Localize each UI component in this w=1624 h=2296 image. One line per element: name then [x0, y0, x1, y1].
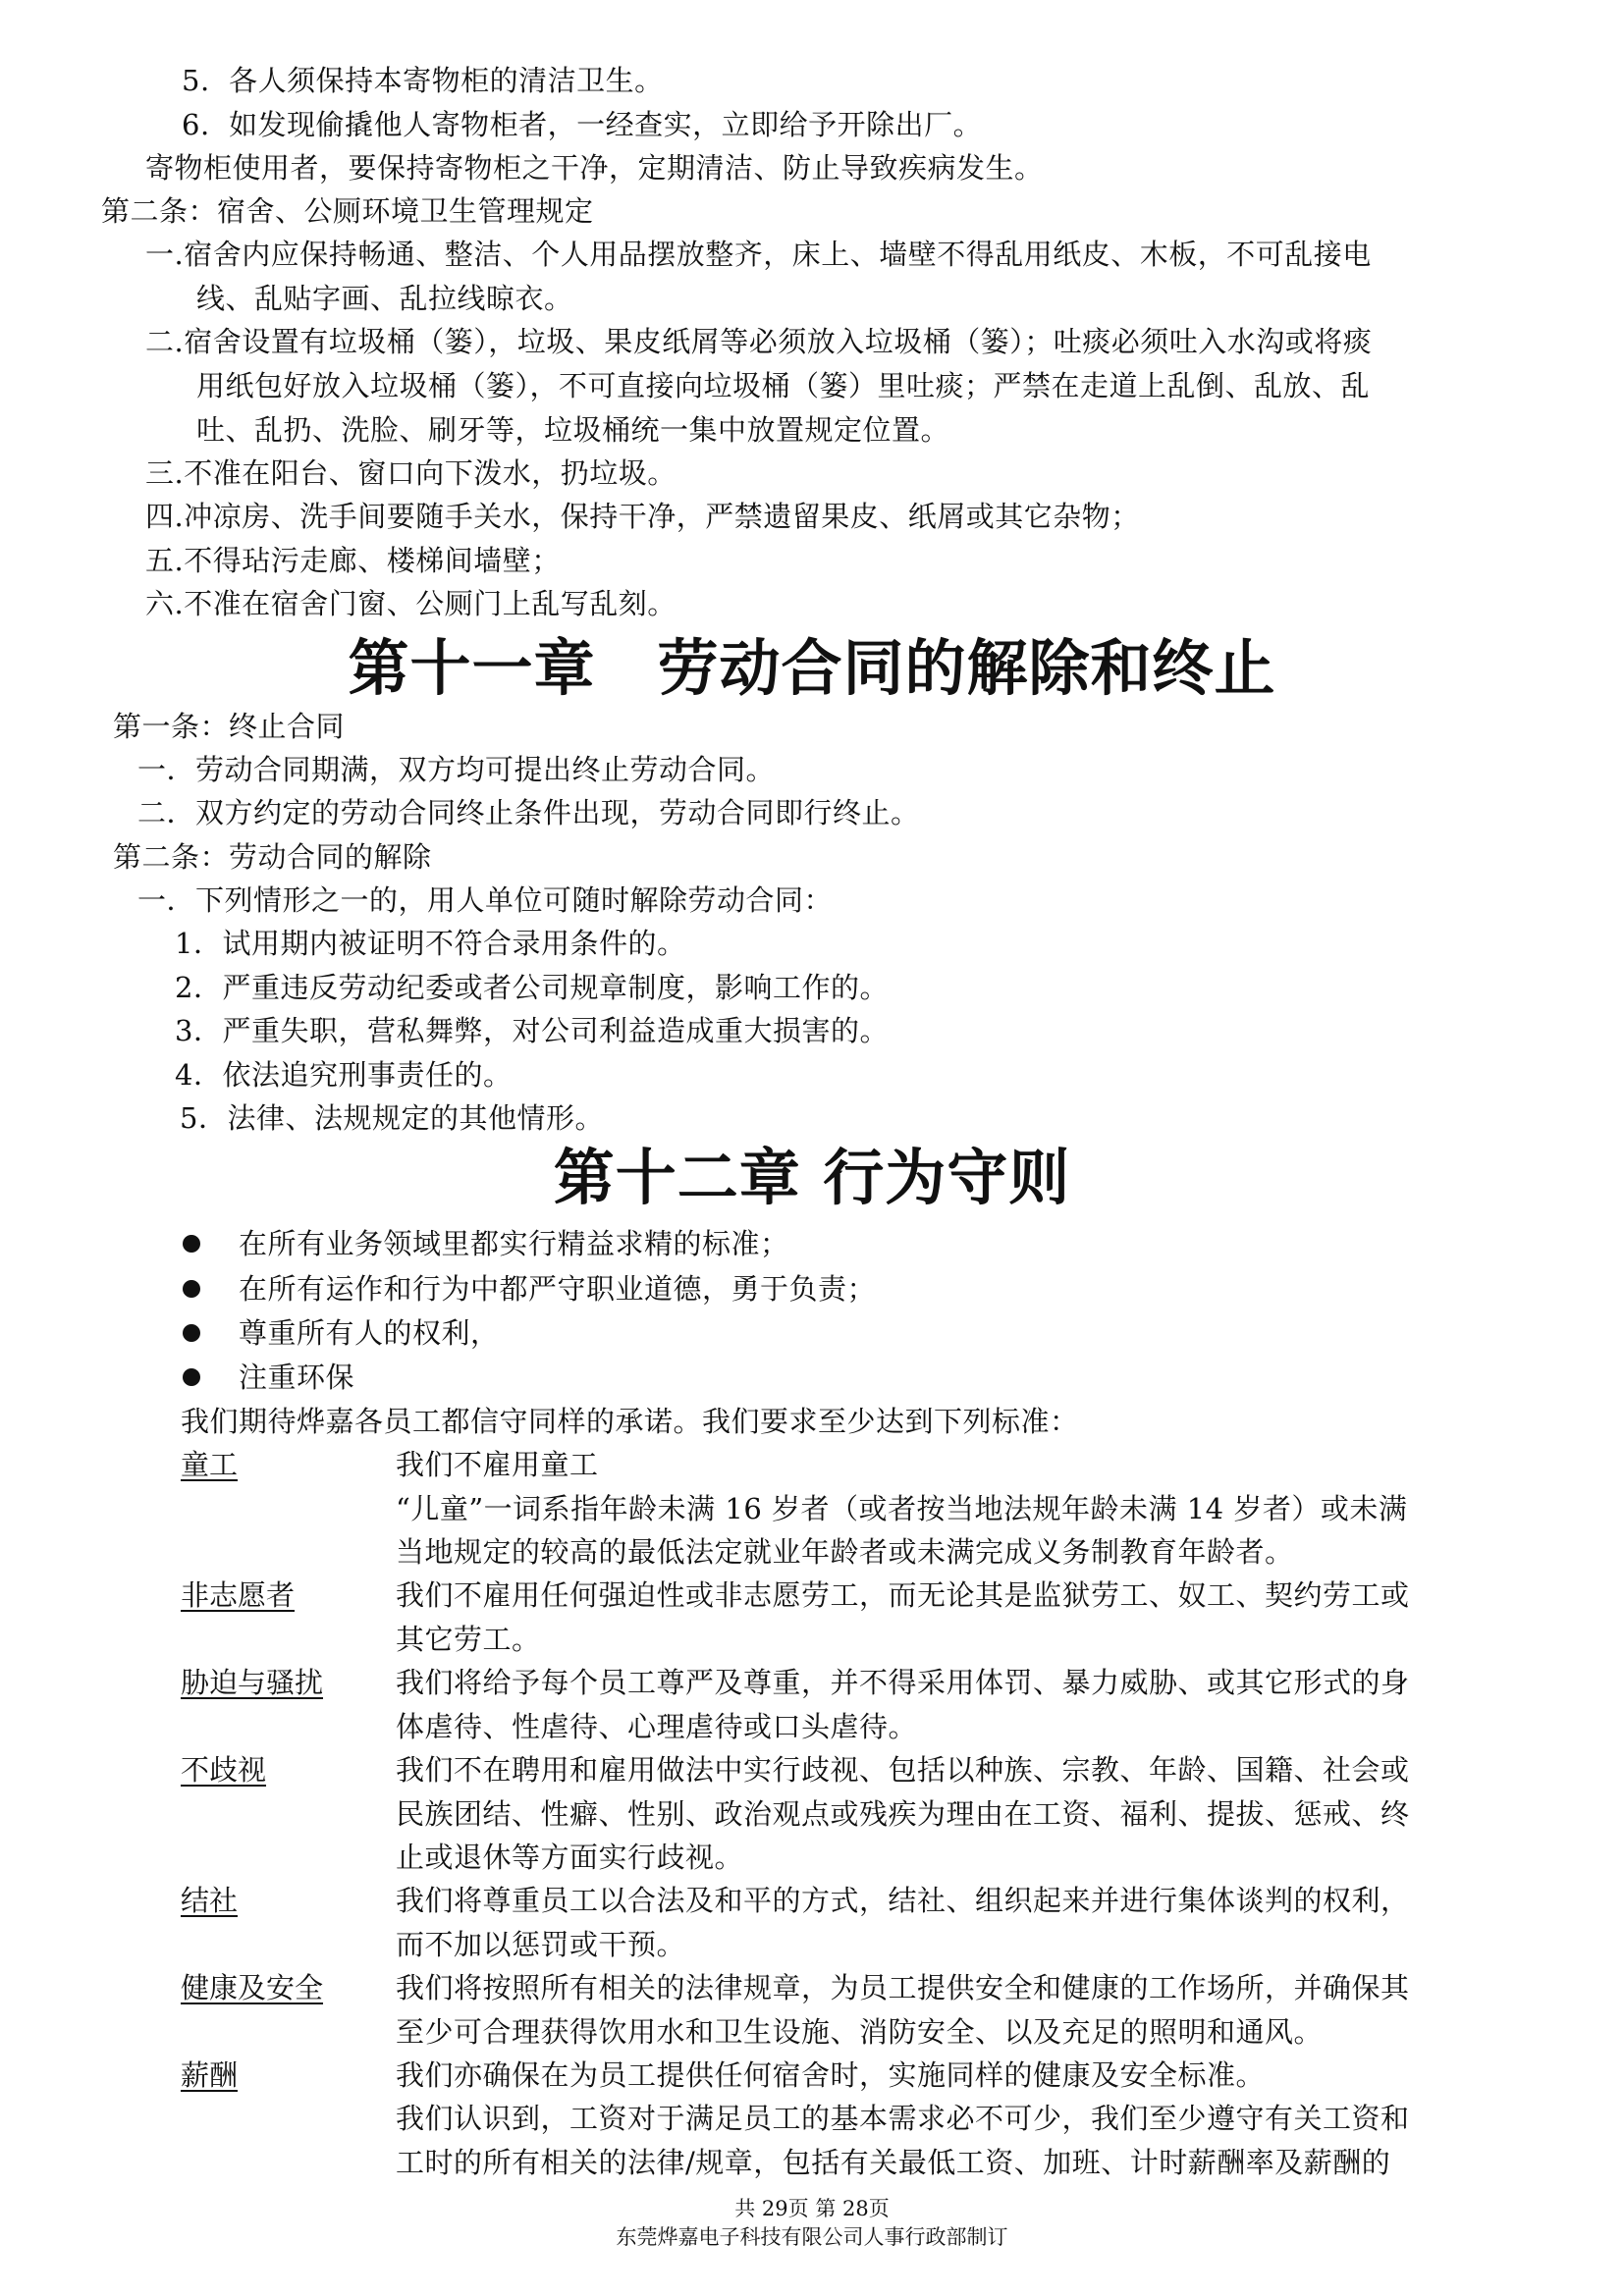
standard-text: 我们将给予每个员工尊严及尊重，并不得采用体罚、暴力威胁、或其它形式的身 [396, 1665, 1410, 1700]
item-number: 一. [145, 238, 184, 271]
list-item: 2．严重违反劳动纪委或者公司规章制度，影响工作的。 [175, 970, 889, 1005]
item-number: 4． [175, 1058, 222, 1092]
item-number: 一． [137, 883, 195, 917]
item-number: 二. [145, 325, 184, 358]
list-item: 一.宿舍内应保持畅通、整洁、个人用品摆放整齐，床上、墙壁不得乱用纸皮、木板，不可… [145, 237, 1372, 272]
bullet-item: 尊重所有人的权利， [239, 1315, 500, 1351]
standard-text: 工时的所有相关的法律/规章，包括有关最低工资、加班、计时薪酬率及薪酬的 [396, 2145, 1390, 2180]
list-item: 6. 如发现偷撬他人寄物柜者，一经查实，立即给予开除出厂。 [182, 107, 982, 142]
article-title: 第一条：终止合同 [113, 709, 345, 744]
chapter-heading: 第十一章 劳动合同的解除和终止 [0, 631, 1624, 706]
standard-term: 非志愿者 [181, 1577, 295, 1613]
item-number: 四. [145, 500, 184, 533]
bullet-icon [183, 1235, 200, 1253]
item-text: 不准在宿舍门窗、公厕门上乱写乱刻。 [184, 587, 677, 620]
item-number: 3． [175, 1014, 222, 1047]
bullet-item: 注重环保 [239, 1360, 354, 1395]
standard-term: 童工 [181, 1447, 238, 1482]
standard-term: 健康及安全 [181, 1970, 323, 2005]
standard-term: 胁迫与骚扰 [181, 1665, 323, 1700]
standard-text: 我们不在聘用和雇用做法中实行歧视、包括以种族、宗教、年龄、国籍、社会或 [396, 1752, 1410, 1788]
standard-text: 民族团结、性癖、性别、政治观点或残疾为理由在工资、福利、提拔、惩戒、终 [396, 1796, 1410, 1832]
standard-text: 我们将按照所有相关的法律规章，为员工提供安全和健康的工作场所，并确保其 [396, 1970, 1410, 2005]
standards-intro: 我们期待烨嘉各员工都信守同样的承诺。我们要求至少达到下列标准： [181, 1404, 1079, 1439]
item-number: 五. [145, 544, 184, 577]
chapter-heading: 第十二章 行为守则 [0, 1141, 1624, 1215]
bullet-icon [183, 1368, 200, 1386]
item-number: 三. [145, 456, 184, 490]
item-text: 如发现偷撬他人寄物柜者，一经查实，立即给予开除出厂。 [229, 108, 982, 141]
item-text: 宿舍内应保持畅通、整洁、个人用品摆放整齐，床上、墙壁不得乱用纸皮、木板，不可乱接… [184, 238, 1372, 271]
list-item: 3．严重失职，营私舞弊，对公司利益造成重大损害的。 [175, 1013, 889, 1048]
item-text: 双方约定的劳动合同终止条件出现，劳动合同即行终止。 [195, 796, 920, 829]
standard-text: 止或退休等方面实行歧视。 [396, 1840, 743, 1875]
item-text-continued: 用纸包好放入垃圾桶（篓），不可直接向垃圾桶（篓）里吐痰；严禁在走道上乱倒、乱放、… [196, 368, 1370, 403]
article-title: 第二条：宿舍、公厕环境卫生管理规定 [101, 193, 594, 229]
item-number: 5． [180, 1101, 227, 1135]
standard-text: 体虐待、性虐待、心理虐待或口头虐待。 [396, 1709, 917, 1744]
bullet-icon [183, 1324, 200, 1342]
item-number: 六. [145, 587, 184, 620]
list-item: 5．法律、法规规定的其他情形。 [180, 1100, 604, 1136]
article-title: 第二条：劳动合同的解除 [113, 839, 432, 875]
list-item: 三.不准在阳台、窗口向下泼水，扔垃圾。 [145, 455, 677, 491]
list-item: 4．依法追究刑事责任的。 [175, 1057, 512, 1093]
item-number: 二． [137, 796, 195, 829]
footer-issuer: 东莞烨嘉电子科技有限公司人事行政部制订 [0, 2224, 1624, 2250]
standard-text: 而不加以惩罚或干预。 [396, 1927, 685, 1962]
standard-text: 我们不雇用任何强迫性或非志愿劳工，而无论其是监狱劳工、奴工、契约劳工或 [396, 1577, 1410, 1613]
item-text: 下列情形之一的，用人单位可随时解除劳动合同： [195, 883, 833, 917]
standard-text: 我们认识到，工资对于满足员工的基本需求必不可少，我们至少遵守有关工资和 [396, 2101, 1410, 2136]
item-text: 冲凉房、洗手间要随手关水，保持干净，严禁遗留果皮、纸屑或其它杂物； [184, 500, 1140, 533]
list-item: 1．试用期内被证明不符合录用条件的。 [175, 926, 685, 961]
item-text: 各人须保持本寄物柜的清洁卫生。 [229, 64, 664, 97]
item-text: 宿舍设置有垃圾桶（篓），垃圾、果皮纸屑等必须放入垃圾桶（篓）；吐痰必须吐入水沟或… [184, 325, 1372, 358]
item-number: 2． [175, 971, 222, 1004]
standard-text: “儿童”一词系指年龄未满 16 岁者（或者按当地法规年龄未满 14 岁者）或未满 [396, 1491, 1407, 1526]
item-text: 法律、法规规定的其他情形。 [227, 1101, 604, 1135]
item-text: 试用期内被证明不符合录用条件的。 [222, 927, 685, 960]
item-text-continued: 线、乱贴字画、乱拉线晾衣。 [196, 281, 573, 316]
item-number: 一． [137, 753, 195, 786]
item-text-continued: 吐、乱扔、洗脸、刷牙等，垃圾桶统一集中放置规定位置。 [196, 412, 949, 448]
standard-text: 我们将尊重员工以合法及和平的方式，结社、组织起来并进行集体谈判的权利， [396, 1883, 1410, 1918]
standard-text: 至少可合理获得饮用水和卫生设施、消防安全、以及充足的照明和通风。 [396, 2014, 1323, 2050]
bullet-icon [183, 1280, 200, 1298]
locker-note: 寄物柜使用者，要保持寄物柜之干净，定期清洁、防止导致疾病发生。 [145, 150, 1044, 186]
item-number: 6. [182, 108, 210, 141]
item-text: 劳动合同期满，双方均可提出终止劳动合同。 [195, 753, 775, 786]
item-text: 不得玷污走廊、楼梯间墙壁； [184, 544, 561, 577]
standard-term: 结社 [181, 1883, 238, 1918]
page-number: 共 29页 第 28页 [0, 2196, 1624, 2221]
bullet-item: 在所有业务领域里都实行精益求精的标准； [239, 1226, 789, 1261]
bullet-item: 在所有运作和行为中都严守职业道德，勇于负责； [239, 1271, 876, 1307]
standard-text: 当地规定的较高的最低法定就业年龄者或未满完成义务制教育年龄者。 [396, 1534, 1294, 1570]
item-text: 严重失职，营私舞弊，对公司利益造成重大损害的。 [222, 1014, 889, 1047]
list-item: 六.不准在宿舍门窗、公厕门上乱写乱刻。 [145, 586, 677, 621]
list-item: 五.不得玷污走廊、楼梯间墙壁； [145, 543, 561, 578]
standard-term: 薪酬 [181, 2057, 238, 2093]
standard-term: 不歧视 [181, 1752, 266, 1788]
item-number: 1． [175, 927, 222, 960]
list-item: 一．劳动合同期满，双方均可提出终止劳动合同。 [137, 752, 775, 787]
item-number: 5. [182, 64, 210, 97]
standard-text: 其它劳工。 [396, 1622, 541, 1657]
list-item: 四.冲凉房、洗手间要随手关水，保持干净，严禁遗留果皮、纸屑或其它杂物； [145, 499, 1140, 534]
item-text: 不准在阳台、窗口向下泼水，扔垃圾。 [184, 456, 677, 490]
item-text: 严重违反劳动纪委或者公司规章制度，影响工作的。 [222, 971, 889, 1004]
list-item: 5. 各人须保持本寄物柜的清洁卫生。 [182, 63, 664, 98]
item-text: 依法追究刑事责任的。 [222, 1058, 512, 1092]
list-item: 二.宿舍设置有垃圾桶（篓），垃圾、果皮纸屑等必须放入垃圾桶（篓）；吐痰必须吐入水… [145, 324, 1372, 359]
list-item: 一．下列情形之一的，用人单位可随时解除劳动合同： [137, 882, 833, 918]
standard-text: 我们亦确保在为员工提供任何宿舍时，实施同样的健康及安全标准。 [396, 2057, 1265, 2093]
list-item: 二．双方约定的劳动合同终止条件出现，劳动合同即行终止。 [137, 795, 920, 830]
standard-text: 我们不雇用童工 [396, 1447, 599, 1482]
